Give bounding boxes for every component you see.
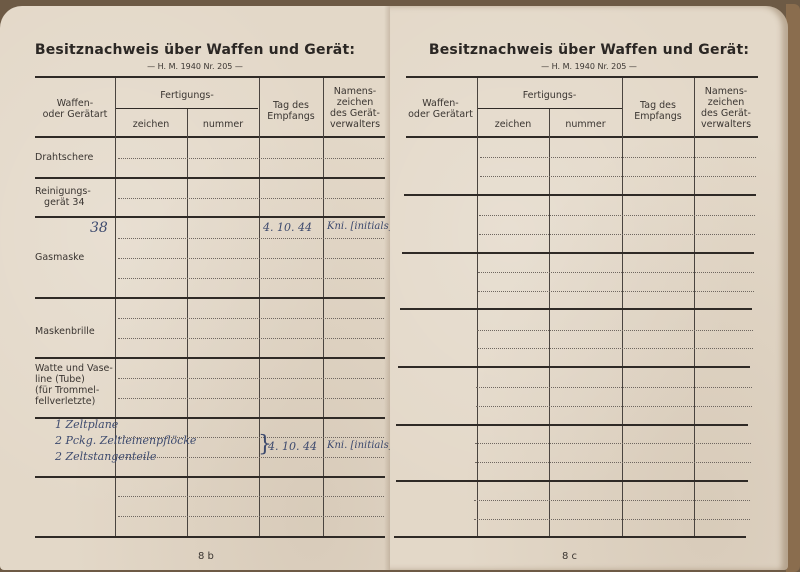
dotted-line (118, 318, 384, 319)
row-rule (35, 476, 385, 478)
row-rule (35, 216, 385, 218)
left-page: Besitznachweis über Waffen und Gerät: — … (0, 6, 390, 570)
page-title: Besitznachweis über Waffen und Gerät: (390, 42, 788, 58)
header-zeichen: zeichen (115, 119, 187, 130)
page-title: Besitznachweis über Waffen und Gerät: (0, 42, 390, 58)
handwritten-signature: Kni. [initials] (327, 221, 393, 232)
row-rule (35, 297, 385, 299)
column-divider (694, 78, 695, 536)
header-nummer: nummer (187, 119, 259, 130)
dotted-line (118, 378, 384, 379)
column-divider (477, 78, 478, 536)
header-signature: Namens- zeichen des Gerät- verwalters (694, 86, 758, 130)
row-rule (400, 308, 752, 310)
column-divider (549, 109, 550, 536)
dotted-line (118, 158, 384, 159)
header-signature: Namens- zeichen des Gerät- verwalters (323, 86, 387, 130)
dotted-line (118, 338, 384, 339)
column-divider (115, 78, 116, 538)
dotted-line (479, 234, 755, 235)
right-page: Besitznachweis über Waffen und Gerät: — … (390, 6, 788, 570)
row-rule (35, 357, 385, 359)
dotted-line (474, 519, 750, 520)
dotted-line (476, 387, 752, 388)
row-label-reinigungsgeraet: Reinigungs- gerät 34 (35, 186, 91, 208)
handwritten-item: 2 Pckg. Zeltleinenpflöcke (55, 434, 196, 447)
header-nummer: nummer (549, 119, 622, 130)
row-rule (35, 177, 385, 179)
row-rule (396, 480, 748, 482)
dotted-line (477, 330, 753, 331)
row-rule (402, 252, 754, 254)
table-top-rule (35, 76, 385, 78)
row-label-watte-vaseline: Watte und Vase- line (Tube) (für Trommel… (35, 363, 113, 407)
page-subtitle: — H. M. 1940 Nr. 205 — (0, 62, 390, 71)
dotted-line (118, 457, 384, 458)
dotted-line (474, 500, 750, 501)
header-sub-rule (477, 108, 623, 109)
header-item-type: Waffen- oder Gerätart (404, 98, 477, 120)
dotted-line (476, 406, 752, 407)
handwritten-item: 2 Zeltstangenteile (55, 450, 156, 463)
dotted-line (478, 272, 754, 273)
handwritten-date: 4. 10. 44 (263, 221, 312, 234)
dotted-line (478, 291, 754, 292)
header-date: Tag des Empfangs (622, 100, 694, 122)
dotted-line (480, 157, 756, 158)
row-rule (396, 424, 748, 426)
page-number: 8 c (562, 551, 577, 562)
column-divider (622, 78, 623, 536)
header-item-type: Waffen- oder Gerätart (35, 98, 115, 120)
dotted-line (118, 516, 384, 517)
dotted-line (118, 258, 384, 259)
column-divider (323, 78, 324, 538)
page-number: 8 b (198, 551, 214, 562)
table-bottom-rule (394, 536, 746, 538)
dotted-line (475, 462, 751, 463)
header-fertigungs: Fertigungs- (115, 90, 259, 101)
dotted-line (118, 238, 384, 239)
header-date: Tag des Empfangs (259, 100, 323, 122)
handwritten-note: 38 (90, 220, 108, 236)
header-bottom-rule (406, 136, 758, 138)
row-label-drahtschere: Drahtschere (35, 152, 93, 163)
column-divider (259, 78, 260, 538)
table-top-rule (406, 76, 758, 78)
header-zeichen: zeichen (477, 119, 549, 130)
page-subtitle: — H. M. 1940 Nr. 205 — (390, 62, 788, 71)
dotted-line (477, 348, 753, 349)
header-fertigungs: Fertigungs- (477, 90, 622, 101)
open-booklet: Besitznachweis über Waffen und Gerät: — … (0, 0, 800, 572)
booklet-edge (786, 4, 800, 572)
table-bottom-rule (35, 536, 385, 538)
dotted-line (475, 443, 751, 444)
handwritten-signature: Kni. [initials] (327, 440, 393, 451)
handwritten-item: 1 Zeltplane (55, 418, 118, 431)
dotted-line (118, 398, 384, 399)
header-bottom-rule (35, 136, 385, 138)
row-label-gasmaske: Gasmaske (35, 252, 84, 263)
row-label-maskenbrille: Maskenbrille (35, 326, 95, 337)
column-divider (187, 109, 188, 538)
row-rule (398, 366, 750, 368)
handwritten-date: 4. 10. 44 (268, 440, 317, 453)
row-rule (404, 194, 756, 196)
dotted-line (118, 198, 384, 199)
dotted-line (479, 215, 755, 216)
dotted-line (480, 176, 756, 177)
dotted-line (118, 278, 384, 279)
dotted-line (118, 496, 384, 497)
